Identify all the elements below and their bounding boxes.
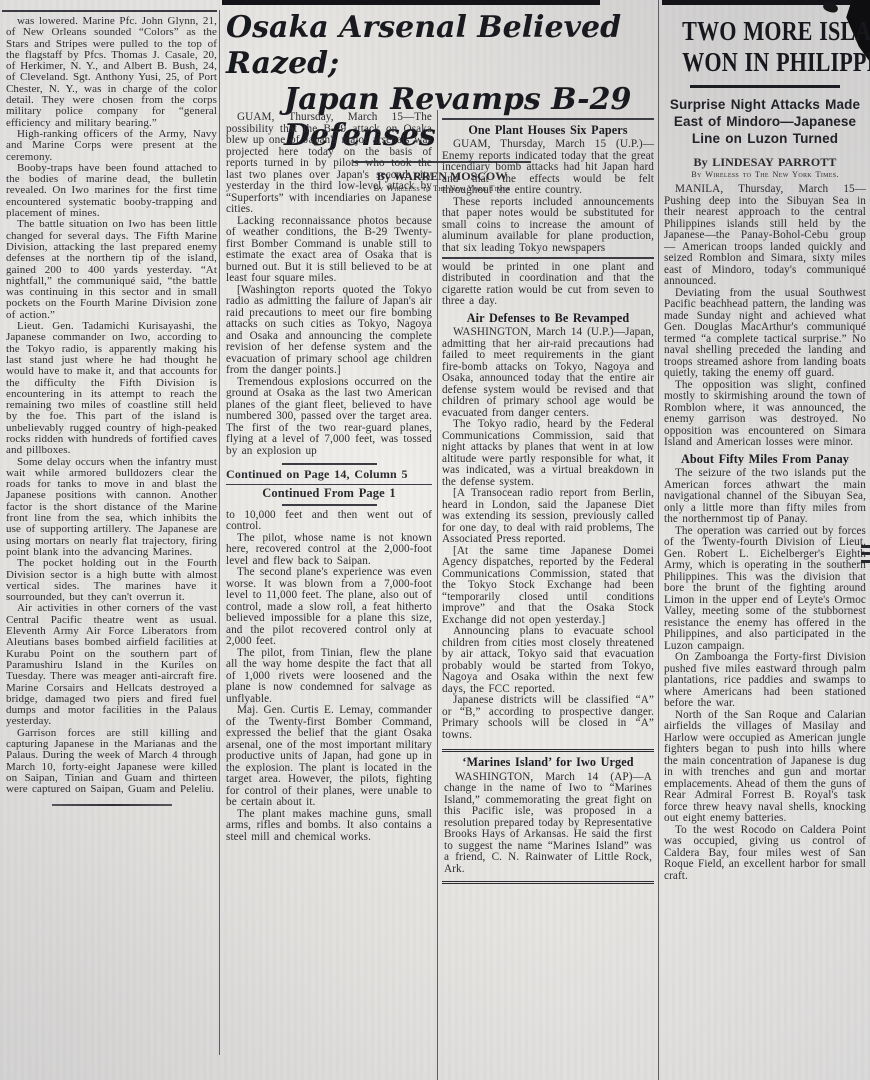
subhead-line: Line on Luzon Turned xyxy=(664,130,866,147)
paragraph: GUAM, Thursday, March 15—The possibility… xyxy=(226,112,432,216)
marines-island-box: ‘Marines Island’ for Iwo Urged WASHINGTO… xyxy=(442,749,654,884)
paragraph: GUAM, Thursday, March 15 (U.P.)—Enemy re… xyxy=(442,139,654,197)
air-defense-paragraphs: WASHINGTON, March 14 (U.P.)—Japan, admit… xyxy=(442,327,654,741)
iwo-story-column: was lowered. Marine Pfc. John Glynn, 21,… xyxy=(6,16,217,815)
paragraph: [Washington reports quoted the Tokyo rad… xyxy=(226,285,432,377)
jump-divider xyxy=(226,484,432,486)
top-rule-center xyxy=(222,0,600,5)
subhead-fifty-miles: About Fifty Miles From Panay xyxy=(664,454,866,466)
osaka-paragraphs-part1: GUAM, Thursday, March 15—The possibility… xyxy=(226,112,432,457)
philippines-paragraphs-part2: The seizure of the two islands put the A… xyxy=(664,468,866,882)
paragraph: The pocket holding out in the Fourth Div… xyxy=(6,558,217,603)
column-divider-2 xyxy=(437,110,438,1080)
column-divider-3 xyxy=(658,0,659,1080)
philippines-headline-line2: WON IN PHILIPPINES xyxy=(682,47,848,78)
paragraph: To the west Rocodo on Caldera Point was … xyxy=(664,825,866,883)
paragraph: to 10,000 feet and then went out of cont… xyxy=(226,510,432,533)
paragraph: Some delay occurs when the infantry must… xyxy=(6,457,217,559)
jump-rule-2 xyxy=(282,504,377,506)
osaka-headline-line1: Osaka Arsenal Believed Razed; xyxy=(226,10,658,82)
philippines-subhead: Surprise Night Attacks MadeEast of Mindo… xyxy=(664,96,866,147)
inset-bottom-rule xyxy=(442,257,654,259)
story-end-rule xyxy=(52,804,172,806)
philippines-column: TWO MORE ISLANDS WON IN PHILIPPINES Surp… xyxy=(664,8,866,882)
paragraph: Lieut. Gen. Tadamichi Kurisayashi, the J… xyxy=(6,321,217,457)
subhead-air-defenses: Air Defenses to Be Revamped xyxy=(442,313,654,325)
paragraph: The plant makes machine guns, small arms… xyxy=(226,809,432,844)
paragraph: Tremendous explosions occurred on the gr… xyxy=(226,377,432,458)
osaka-paragraphs-part2: to 10,000 feet and then went out of cont… xyxy=(226,510,432,844)
paragraph: The seizure of the two islands put the A… xyxy=(664,468,866,526)
headline-rule xyxy=(690,85,840,88)
one-plant-continuation: would be printed in one plant and distri… xyxy=(442,262,654,308)
paragraph: The second plane's experience was even w… xyxy=(226,567,432,648)
continued-from-line: Continued From Page 1 xyxy=(226,488,432,500)
paragraph: Garrison forces are still killing and ca… xyxy=(6,728,217,796)
subhead-line: East of Mindoro—Japanese xyxy=(664,113,866,130)
paragraph: [At the same time Japanese Domei Agency … xyxy=(442,546,654,627)
column-divider-1 xyxy=(219,10,220,1055)
paragraph: The Tokyo radio, heard by the Federal Co… xyxy=(442,419,654,488)
philippines-wire-credit: By Wireless to The New York Times. xyxy=(664,169,866,181)
jump-rule xyxy=(282,463,377,465)
philippines-headline-line1: TWO MORE ISLANDS xyxy=(682,16,848,47)
paragraph: Booby-traps have been found attached to … xyxy=(6,163,217,219)
paragraph: Maj. Gen. Curtis E. Lemay, commander of … xyxy=(226,705,432,809)
paragraph: These reports included announcements tha… xyxy=(442,197,654,255)
newspaper-page: was lowered. Marine Pfc. John Glynn, 21,… xyxy=(0,0,870,1080)
subhead-marines-island: ‘Marines Island’ for Iwo Urged xyxy=(444,757,652,769)
paragraph: High-ranking officers of the Army, Navy … xyxy=(6,129,217,163)
paragraph: The battle situation on Iwo has been lit… xyxy=(6,219,217,321)
paragraph: MANILA, Thursday, March 15—Pushing deep … xyxy=(664,184,866,288)
paragraph: On Zamboanga the Forty-first Division pu… xyxy=(664,652,866,710)
philippines-byline: By LINDESAY PARROTT xyxy=(664,157,866,169)
paragraph: was lowered. Marine Pfc. John Glynn, 21,… xyxy=(6,16,217,129)
paragraph: Deviating from the usual Southwest Pacif… xyxy=(664,288,866,380)
paragraph: WASHINGTON, March 14 (U.P.)—Japan, admit… xyxy=(442,327,654,419)
marines-island-paragraph: WASHINGTON, March 14 (AP)—A change in th… xyxy=(444,772,652,876)
subhead-one-plant: One Plant Houses Six Papers xyxy=(442,125,654,137)
paragraph: The opposition was slight, confined most… xyxy=(664,380,866,449)
osaka-column-left: GUAM, Thursday, March 15—The possibility… xyxy=(226,112,432,843)
subhead-line: Surprise Night Attacks Made xyxy=(664,96,866,113)
paragraph: The pilot, from Tinian, flew the plane a… xyxy=(226,648,432,706)
inset-top-rule xyxy=(442,118,654,120)
paragraph: [A Transocean radio report from Berlin, … xyxy=(442,488,654,546)
top-rule-right xyxy=(662,0,870,5)
osaka-column-right: One Plant Houses Six Papers GUAM, Thursd… xyxy=(442,118,654,884)
paragraph: The pilot, whose name is not known here,… xyxy=(226,533,432,568)
col1-top-rule xyxy=(2,10,217,12)
paragraph: North of the San Roque and Calarian airf… xyxy=(664,710,866,825)
paragraph: Air activities in other corners of the v… xyxy=(6,603,217,727)
philippines-headline: TWO MORE ISLANDS WON IN PHILIPPINES xyxy=(664,8,866,78)
continued-on-line: Continued on Page 14, Column 5 xyxy=(226,469,432,481)
paragraph: Japanese districts will be classified “A… xyxy=(442,695,654,741)
paragraph: Announcing plans to evacuate school chil… xyxy=(442,626,654,695)
paragraph: Lacking reconnaissance photos because of… xyxy=(226,216,432,285)
iwo-story-paragraphs: was lowered. Marine Pfc. John Glynn, 21,… xyxy=(6,16,217,795)
philippines-paragraphs-part1: MANILA, Thursday, March 15—Pushing deep … xyxy=(664,184,866,449)
paragraph: The operation was carried out by forces … xyxy=(664,526,866,653)
one-plant-paragraphs: GUAM, Thursday, March 15 (U.P.)—Enemy re… xyxy=(442,139,654,254)
